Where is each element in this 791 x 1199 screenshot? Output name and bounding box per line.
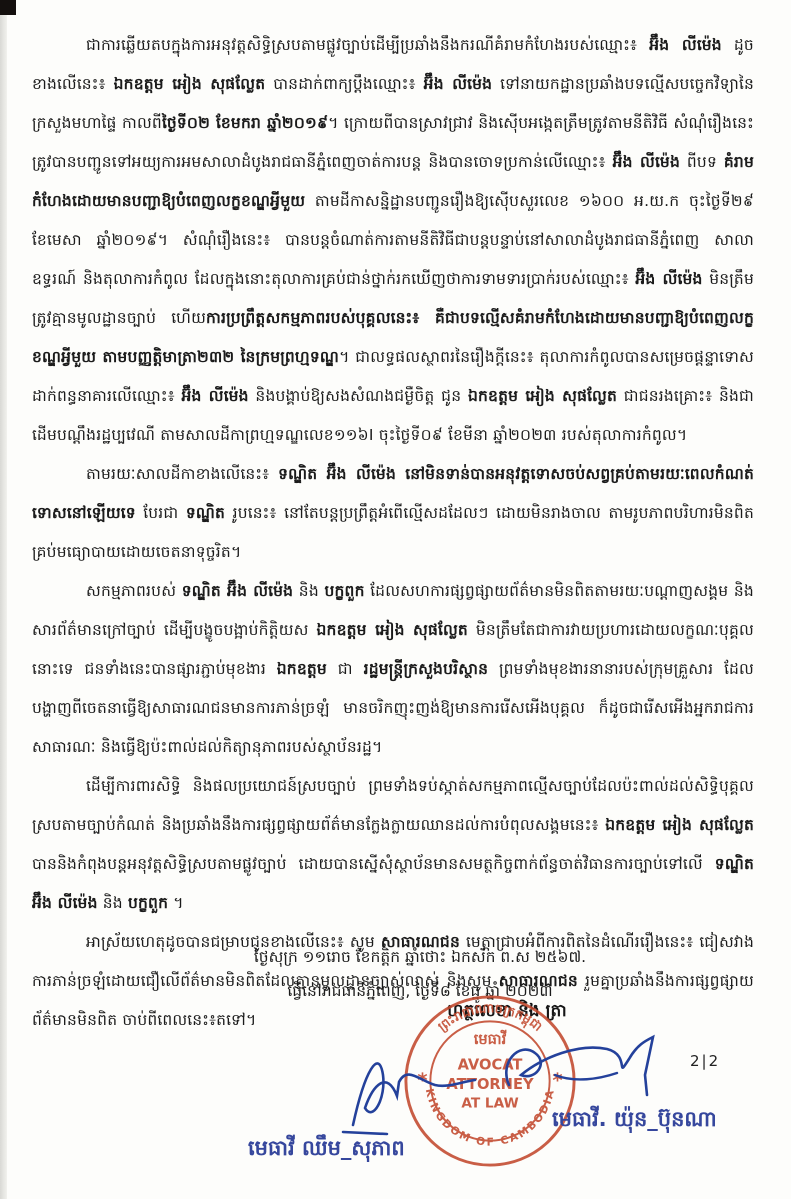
bold-text-run: បក្ខពួក: [324, 582, 364, 600]
attorney-name-left: មេធាវី ឈឹម_សុភាព: [248, 1135, 405, 1166]
bold-text-run: អ៊ឹង លីម៉េង: [635, 270, 702, 288]
text-run: សកម្មភាពរបស់: [86, 582, 182, 600]
bold-text-run: បក្ខពួក: [128, 894, 168, 912]
text-run: ពីបទ: [680, 153, 724, 171]
scan-edge-artifact: [0, 0, 7, 1199]
paragraph: តាមរយៈសាលដីកាខាងលើនេះ៖ ទណ្ឌិត អ៊ឹង លីម៉េ…: [32, 455, 754, 572]
text-run: និង: [293, 582, 324, 600]
page-number: 2|2: [690, 1052, 720, 1070]
text-run: ជាការឆ្លើយតបក្នុងការអនុវត្តសិទ្ធិស្របតាម…: [86, 36, 649, 54]
bold-text-run: ទណ្ឌិត: [186, 504, 225, 522]
paragraph: សកម្មភាពរបស់ ទណ្ឌិត អ៊ឹង លីម៉េង និង បក្ខ…: [32, 572, 754, 767]
scan-corner-mark: [0, 0, 16, 15]
paragraph: ដើម្បីការពារសិទ្ធិ និងផលប្រយោជន៍ស្របច្បា…: [32, 767, 754, 923]
bold-text-run: ឯកឧត្តម អៀង សុផល្លែត: [114, 75, 266, 93]
document-page: ជាការឆ្លើយតបក្នុងការអនុវត្តសិទ្ធិស្របតាម…: [0, 0, 791, 1199]
document-body: ជាការឆ្លើយតបក្នុងការអនុវត្តសិទ្ធិស្របតាម…: [32, 26, 754, 1040]
bold-text-run: ឯកឧត្តម អៀង សុផល្លែត: [468, 387, 617, 405]
text-run: និង: [98, 894, 128, 912]
bold-text-run: ថ្ងៃទី០២ ខែមករា ឆ្នាំ២០១៩: [162, 114, 328, 132]
text-run: បែរជា: [136, 504, 186, 522]
paragraph: ជាការឆ្លើយតបក្នុងការអនុវត្តសិទ្ធិស្របតាម…: [32, 26, 754, 455]
bold-text-run: អ៊ឹង លីម៉េង: [649, 36, 722, 54]
bold-text-run: រដ្ឋមន្ត្រីក្រសួងបរិស្ថាន: [364, 660, 489, 678]
bold-text-run: អ៊ឹង លីម៉េង: [613, 153, 680, 171]
text-run: បានដាក់ពាក្យប្ដឹងឈ្មោះ៖: [265, 75, 423, 93]
bold-text-run: ឯកឧត្តម អៀង សុផល្លែត: [317, 621, 468, 639]
bold-text-run: អ៊ឹង លីម៉េង: [181, 387, 248, 405]
text-run: តាមរយៈសាលដីកាខាងលើនេះ៖: [86, 465, 278, 483]
bold-text-run: ឯកឧត្តម: [277, 660, 327, 678]
text-run: ជា: [327, 660, 364, 678]
bold-text-run: អ៊ឹង លីម៉េង: [424, 75, 492, 93]
text-run: ។: [168, 894, 184, 912]
text-run: បាននិងកំពុងបន្តអនុវត្តសិទ្ធិស្របតាមផ្លូវ…: [32, 855, 715, 873]
bold-text-run: ទណ្ឌិត អ៊ឹង លីម៉េង: [182, 582, 293, 600]
lunar-date-line: ថ្ងៃសុក្រ ១១រោច ខែកត្តិក ឆ្នាំថោះ ឯកស័ក …: [120, 940, 720, 974]
bold-text-run: ឯកឧត្តម អៀង សុផល្លែត: [605, 816, 754, 834]
attorney-name-right: មេធាវី. យ៉ុន_ប៊ុនណា: [552, 1106, 717, 1137]
text-run: និងបង្គាប់ឱ្យសងសំណងជម្ងឺចិត្ត ជូន: [249, 387, 468, 405]
